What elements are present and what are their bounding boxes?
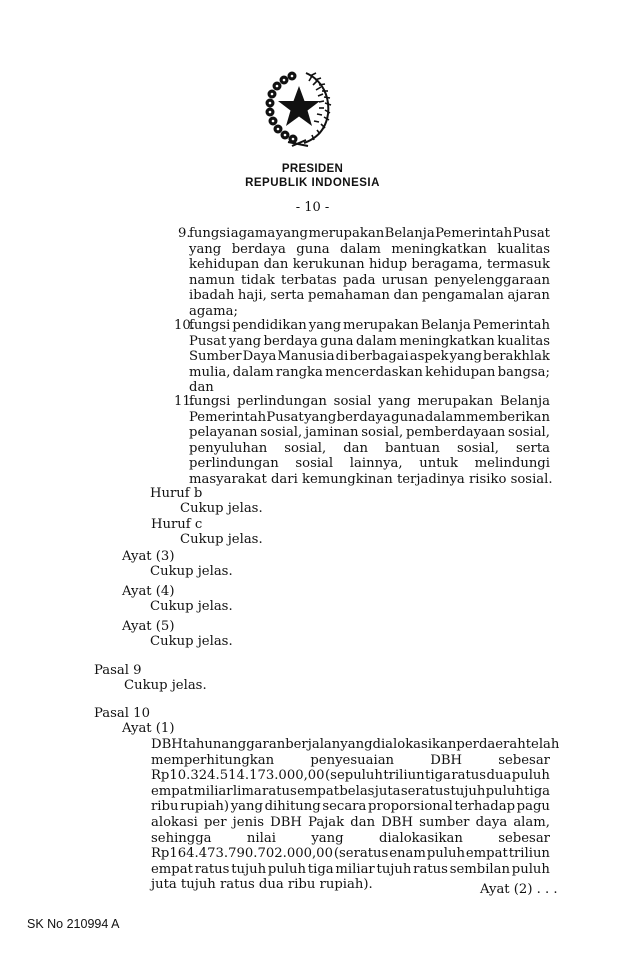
page-number: - 10 -	[0, 200, 625, 215]
text-line: empatratustujuhpuluhtigamiliartujuhratus…	[151, 862, 550, 878]
pasal-10-ayat-1-heading: Ayat (1)	[122, 721, 174, 737]
pasal-10-ayat-1-body: DBHtahunanggaranberjalanyangdialokasikan…	[151, 737, 550, 893]
text-line: Rp164.473.790.702.000,00(seratusenampulu…	[151, 846, 550, 862]
ayat-4-text: Cukup jelas.	[150, 599, 233, 615]
text-line: namuntidakterbataspadaurusanpenyelenggar…	[189, 273, 550, 289]
continuation-marker: Ayat (2) . . .	[480, 882, 558, 898]
ayat-5-heading: Ayat (5)	[122, 619, 174, 635]
text-line: kehidupandankerukunanhidupberagama,terma…	[189, 257, 550, 273]
text-line: Pusatyangberdayagunadalammeningkatkankua…	[189, 334, 550, 350]
footer-document-code: SK No 210994 A	[27, 917, 119, 931]
text-line: mulia,dalamrangkamencerdaskankehidupanba…	[189, 365, 550, 381]
pasal-9-text: Cukup jelas.	[124, 678, 207, 694]
text-line: yangberdayagunadalammeningkatkankualitas	[189, 242, 550, 258]
text-line: fungsiperlindungansosialyangmerupakanBel…	[189, 394, 550, 410]
list-item-9: fungsiagamayangmerupakanBelanjaPemerinta…	[189, 226, 550, 320]
header-title-republik: REPUBLIK INDONESIA	[0, 177, 625, 189]
text-line: alokasiperjenisDBHPajakdanDBHsumberdayaa…	[151, 815, 550, 831]
huruf-c-heading: Huruf c	[151, 517, 202, 533]
ayat-5-text: Cukup jelas.	[150, 634, 233, 650]
huruf-b-text: Cukup jelas.	[180, 501, 263, 517]
text-line: fungsipendidikanyangmerupakanBelanjaPeme…	[189, 318, 550, 334]
text-line: SumberDayaManusiadiberbagaiaspekyangbera…	[189, 349, 550, 365]
text-line: penyuluhansosial,danbantuansosial,serta	[189, 441, 550, 457]
text-line: riburupiah)yangdihitungsecaraproporsiona…	[151, 799, 550, 815]
ayat-4-heading: Ayat (4)	[122, 584, 174, 600]
huruf-b-heading: Huruf b	[150, 486, 202, 502]
huruf-c-text: Cukup jelas.	[180, 532, 263, 548]
ayat-3-heading: Ayat (3)	[122, 549, 174, 565]
list-item-11: fungsiperlindungansosialyangmerupakanBel…	[189, 394, 550, 488]
header-title-presiden: PRESIDEN	[0, 163, 625, 175]
text-line: DBHtahunanggaranberjalanyangdialokasikan…	[151, 737, 550, 753]
presidential-emblem-icon	[262, 68, 334, 150]
text-line: PemerintahPusatyangberdayagunadalammembe…	[189, 410, 550, 426]
list-item-10: fungsipendidikanyangmerupakanBelanjaPeme…	[189, 318, 550, 396]
text-line: pelayanansosial,jaminansosial,pemberdaya…	[189, 425, 550, 441]
ayat-3-text: Cukup jelas.	[150, 564, 233, 580]
text-line: ibadahhaji,sertapemahamandanpengamalanaj…	[189, 288, 550, 304]
pasal-9-heading: Pasal 9	[94, 663, 142, 679]
text-line: masyarakat dari kemungkinan terjadinya r…	[189, 472, 550, 488]
text-line: Rp10.324.514.173.000,00(sepuluhtriliunti…	[151, 768, 550, 784]
text-line: sehingganilaiyangdialokasikansebesar	[151, 831, 550, 847]
text-line: memperhitungkanpenyesuaianDBHsebesar	[151, 753, 550, 769]
pasal-10-heading: Pasal 10	[94, 706, 150, 722]
text-line: fungsiagamayangmerupakanBelanjaPemerinta…	[189, 226, 550, 242]
text-line: empatmiliarlimaratusempatbelasjutaseratu…	[151, 784, 550, 800]
text-line: perlindungansosiallainnya,untukmelindung…	[189, 456, 550, 472]
